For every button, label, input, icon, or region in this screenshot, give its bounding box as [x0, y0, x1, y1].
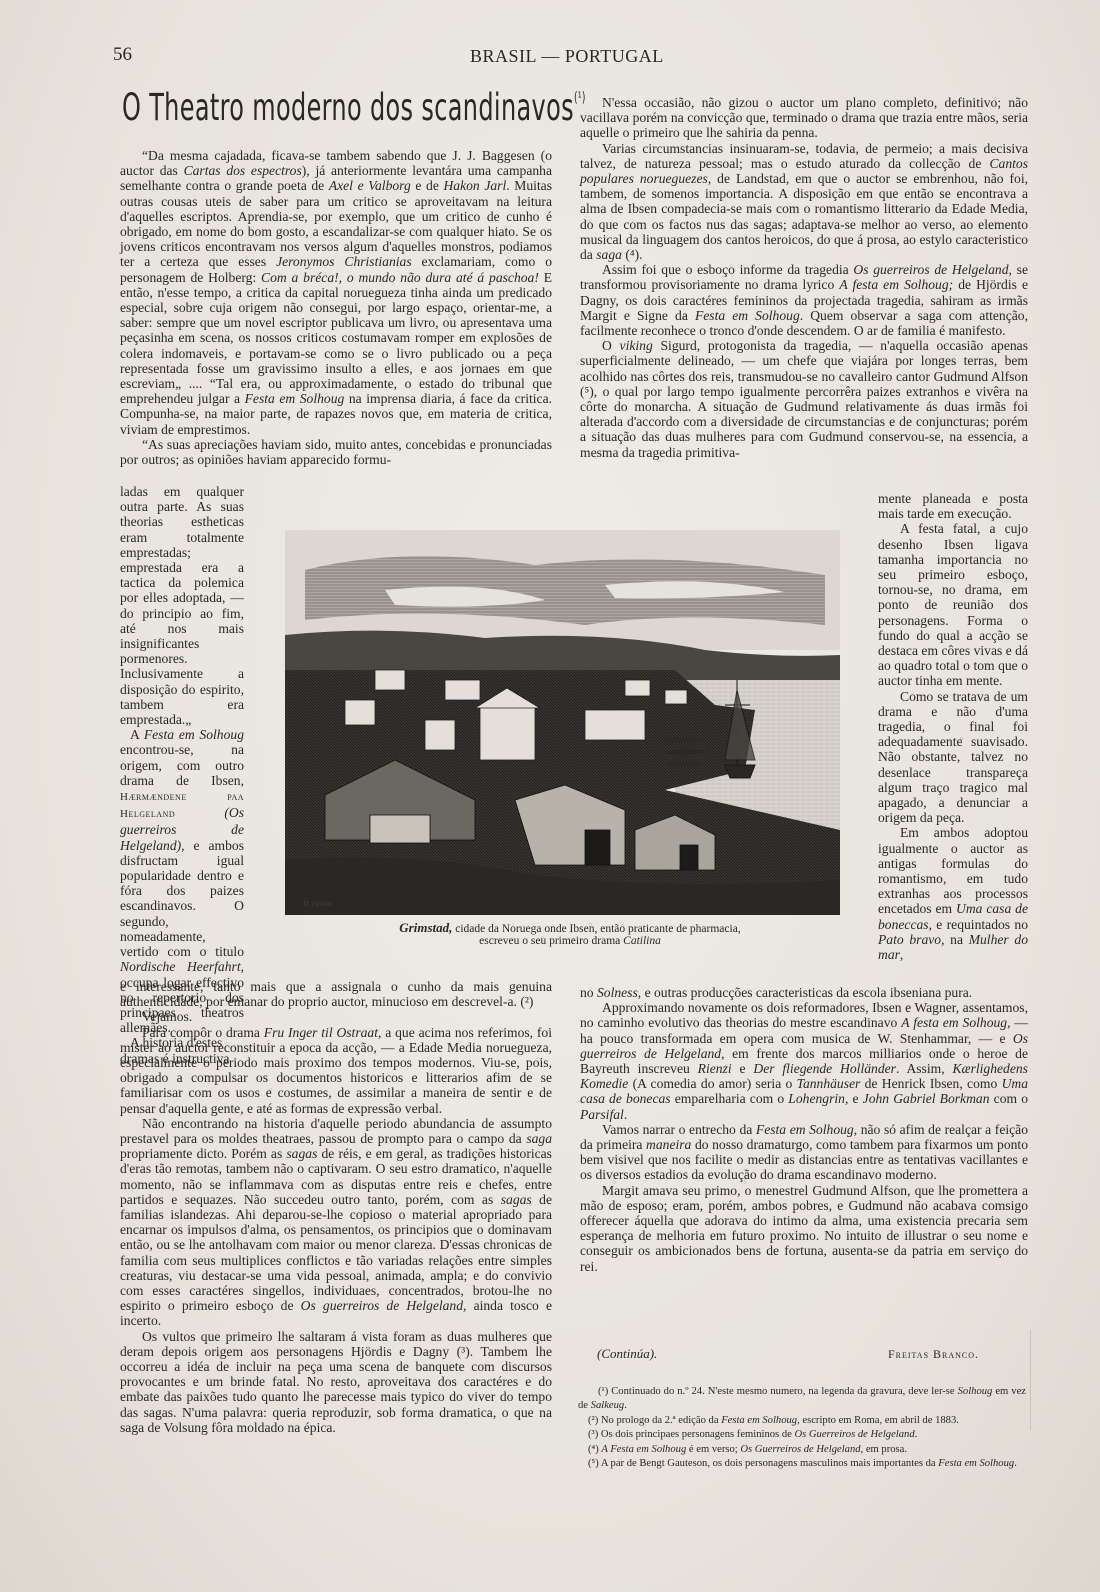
paragraph: Em ambos adoptou igualmente o auctor as …	[878, 825, 1028, 962]
paragraph: Os vultos que primeiro lhe saltaram á vi…	[120, 1329, 552, 1435]
footnote-1: (¹) Continuado do n.º 24. N'este mesmo n…	[578, 1385, 1026, 1414]
paragraph: A festa fatal, a cujo desenho Ibsen liga…	[878, 521, 1028, 688]
caption-line2: escreveu o seu primeiro drama	[479, 935, 620, 947]
paragraph: “Da mesma cajadada, ficava-se tambem sab…	[120, 148, 552, 437]
paragraph: Como se tratava de um drama e não d'uma …	[878, 689, 1028, 826]
paragraph: Não encontrando na historia d'aquelle pe…	[120, 1116, 552, 1329]
left-column-bottom: e interessante, tanto mais que a assigna…	[120, 979, 552, 1435]
running-head: BRASIL — PORTUGAL	[470, 46, 664, 67]
paragraph: Para compôr o drama Fru Inger til Ostraa…	[120, 1025, 552, 1116]
article-title: O Theatro moderno dos scandinavos(¹)	[122, 86, 439, 129]
right-column-top: N'essa occasião, não gizou o auctor um p…	[580, 95, 1028, 460]
magazine-page: 56 BRASIL — PORTUGAL O Theatro moderno d…	[0, 0, 1100, 1592]
scan-edge-line	[1030, 1330, 1031, 1430]
author-signature: Freitas Branco.	[888, 1347, 979, 1362]
paragraph: “As suas apreciações haviam sido, muito …	[120, 437, 552, 467]
paragraph: O viking Sigurd, protogonista da tragedi…	[580, 338, 1028, 460]
paragraph: Margit amava seu primo, o menestrel Gudm…	[580, 1183, 1028, 1274]
paragraph: Varias circumstancias insinuaram-se, tod…	[580, 141, 1028, 263]
footnote-2: (²) No prologo da 2.ª edição da Festa em…	[578, 1414, 1026, 1428]
paragraph-cont: mente planeada e posta mais tarde em exe…	[878, 491, 1028, 521]
caption-line1: cidade da Noruega onde Ibsen, então prat…	[455, 923, 740, 935]
footnote-3: (³) Os dois principaes personagens femin…	[578, 1428, 1026, 1442]
paragraph: Vejamos.	[120, 1009, 552, 1024]
paragraph: Vamos narrar o entrecho da Festa em Solh…	[580, 1122, 1028, 1183]
continued-marker: (Continúa).	[597, 1346, 657, 1362]
footnotes: (¹) Continuado do n.º 24. N'este mesmo n…	[578, 1385, 1026, 1471]
paragraph: N'essa occasião, não gizou o auctor um p…	[580, 95, 1028, 141]
article-title-text: O Theatro moderno dos scandinavos	[122, 86, 574, 129]
caption-work: Catilina	[623, 935, 661, 947]
right-narrow-column: mente planeada e posta mais tarde em exe…	[878, 491, 1028, 962]
caption-place: Grimstad,	[399, 920, 452, 935]
paragraph: Assim foi que o esboço informe da traged…	[580, 262, 1028, 338]
right-column-bottom: no Solness, e outras producções caracter…	[580, 985, 1028, 1274]
paragraph-cont: ladas em qualquer outra parte. As suas t…	[120, 484, 244, 727]
engraver-signature: D. Zipirlo	[302, 900, 332, 908]
paragraph-cont: no Solness, e outras producções caracter…	[580, 985, 1028, 1000]
page-number: 56	[113, 44, 132, 66]
paragraph: Approximando novamente os dois reformado…	[580, 1000, 1028, 1122]
left-column-top: “Da mesma cajadada, ficava-se tambem sab…	[120, 148, 552, 467]
illustration-caption: Grimstad, cidade da Noruega onde Ibsen, …	[360, 922, 780, 947]
footnote-5: (⁵) A par de Bengt Gauteson, os dois per…	[578, 1457, 1026, 1471]
grimstad-engraving-illustration: D. Zipirlo	[285, 530, 840, 915]
paragraph-cont: e interessante, tanto mais que a assigna…	[120, 979, 552, 1009]
footnote-4: (⁴) A Festa em Solhoug é em verso; Os Gu…	[578, 1443, 1026, 1457]
